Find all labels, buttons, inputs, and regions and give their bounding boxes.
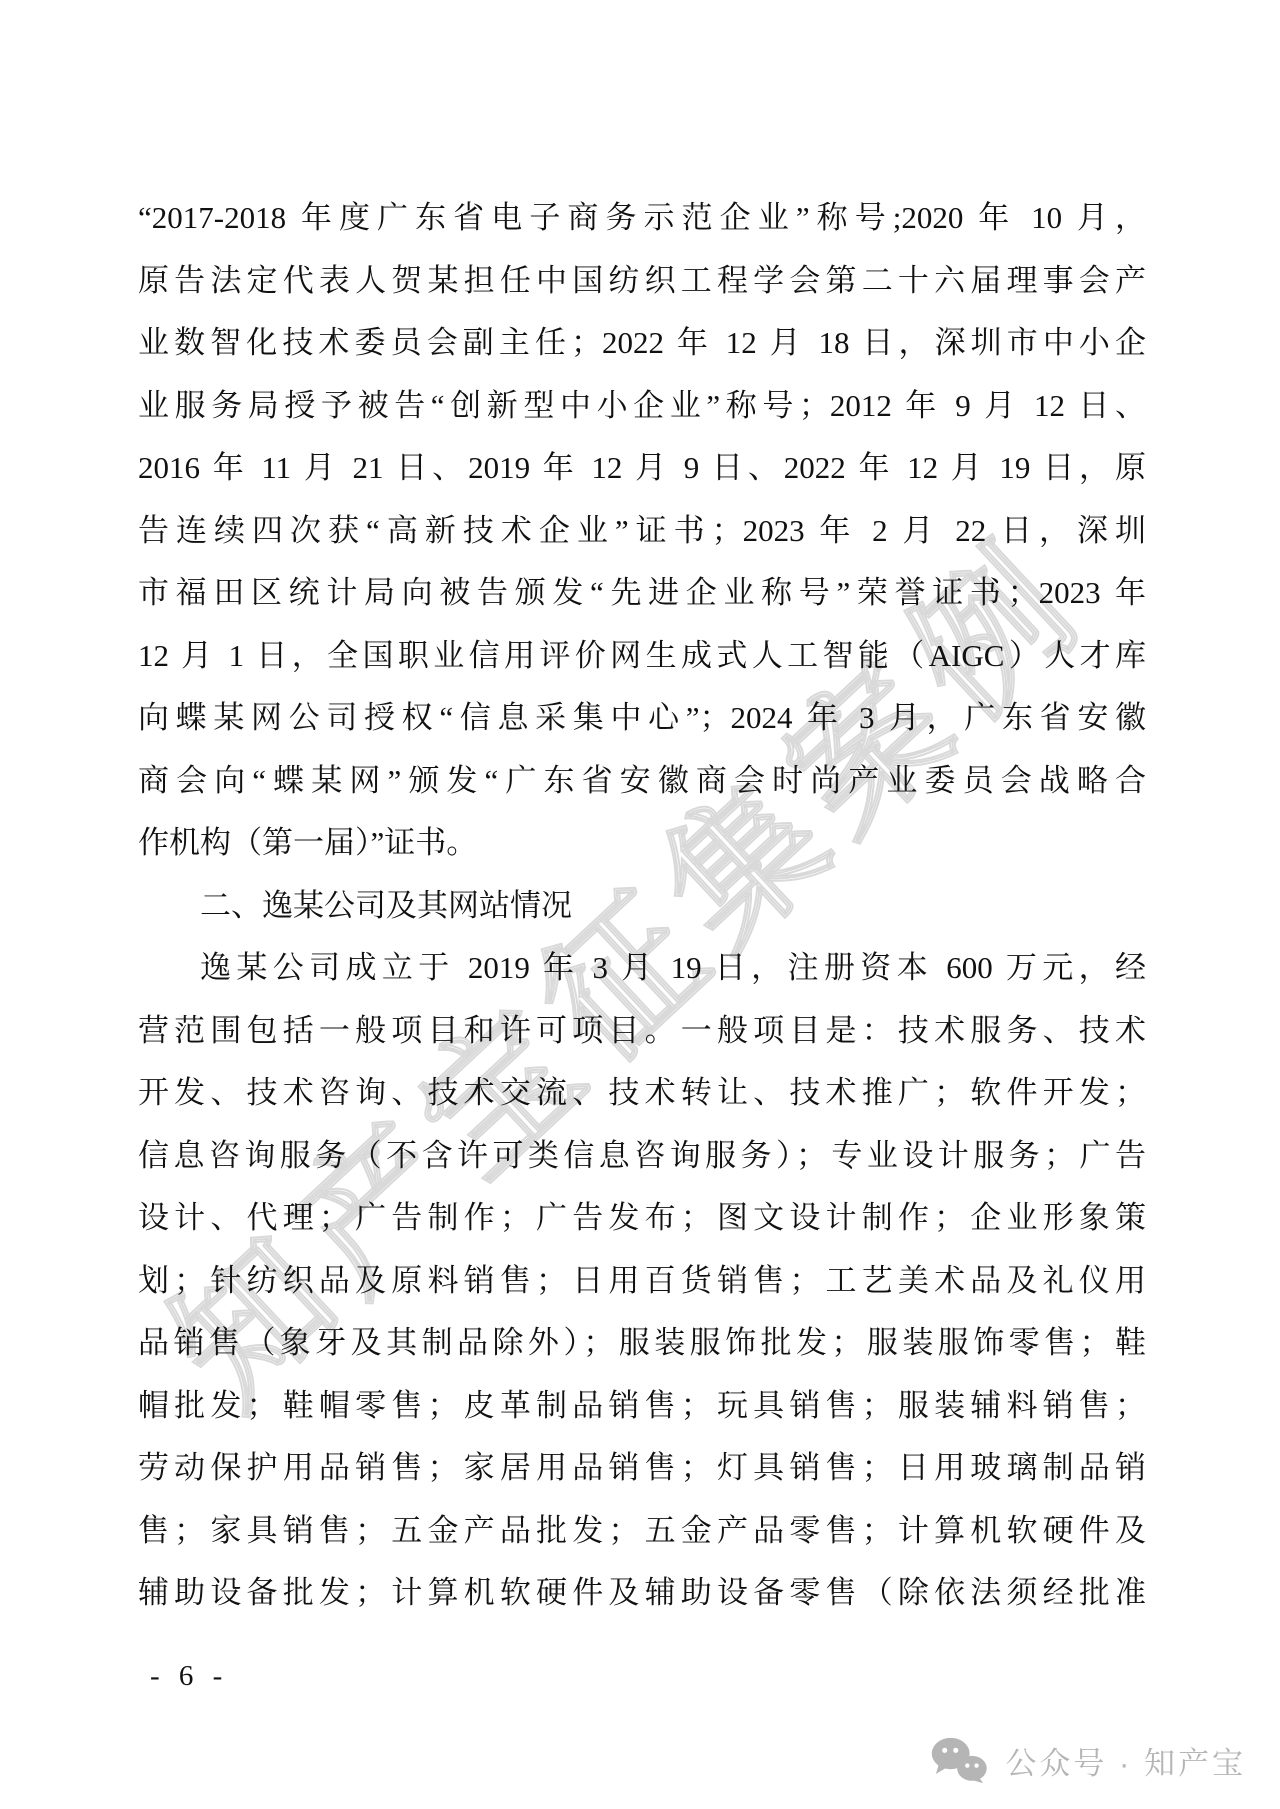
- text-line: 辅助设备批发；计算机软硬件及辅助设备零售（除依法须经批准: [138, 1562, 1146, 1625]
- document-page: 知产宝征集案例 “2017-2018 年度广东省电子商务示范企业”称号;2020…: [0, 0, 1280, 1809]
- text-line: 向蝶某网公司授权“信息采集中心”；2024 年 3 月，广东省安徽: [138, 687, 1146, 750]
- text-line: 二、逸某公司及其网站情况: [138, 875, 1146, 938]
- text-line: 商会向“蝶某网”颁发“广东省安徽商会时尚产业委员会战略合: [138, 750, 1146, 813]
- body-text-block: “2017-2018 年度广东省电子商务示范企业”称号;2020 年 10 月，…: [138, 187, 1146, 1625]
- text-line: 2016 年 11 月 21 日、2019 年 12 月 9 日、2022 年 …: [138, 437, 1146, 500]
- text-line: 原告法定代表人贺某担任中国纺织工程学会第二十六届理事会产: [138, 250, 1146, 313]
- text-line: 售；家具销售；五金产品批发；五金产品零售；计算机软硬件及: [138, 1500, 1146, 1563]
- text-line: 逸某公司成立于 2019 年 3 月 19 日，注册资本 600 万元，经: [138, 937, 1146, 1000]
- text-line: 作机构（第一届）”证书。: [138, 812, 1146, 875]
- text-line: 市福田区统计局向被告颁发“先进企业称号”荣誉证书；2023 年: [138, 562, 1146, 625]
- page-number: - 6 -: [150, 1660, 228, 1693]
- text-line: 告连续四次获“高新技术企业”证书；2023 年 2 月 22 日，深圳: [138, 500, 1146, 563]
- text-line: 12 月 1 日，全国职业信用评价网生成式人工智能（AIGC）人才库: [138, 625, 1146, 688]
- text-line: 信息咨询服务（不含许可类信息咨询服务）；专业设计服务；广告: [138, 1125, 1146, 1188]
- footer-brand: 公众号 · 知产宝: [927, 1736, 1246, 1784]
- text-line: 业数智化技术委员会副主任；2022 年 12 月 18 日，深圳市中小企: [138, 312, 1146, 375]
- text-line: 划；针纺织品及原料销售；日用百货销售；工艺美术品及礼仪用: [138, 1250, 1146, 1313]
- text-line: 设计、代理；广告制作；广告发布；图文设计制作；企业形象策: [138, 1187, 1146, 1250]
- text-line: 业服务局授予被告“创新型中小企业”称号；2012 年 9 月 12 日、: [138, 375, 1146, 438]
- text-line: 劳动保护用品销售；家居用品销售；灯具销售；日用玻璃制品销: [138, 1437, 1146, 1500]
- footer-brand-label: 公众号 · 知产宝: [1005, 1738, 1246, 1783]
- text-line: 开发、技术咨询、技术交流、技术转让、技术推广；软件开发；: [138, 1062, 1146, 1125]
- text-line: 品销售（象牙及其制品除外）；服装服饰批发；服装服饰零售；鞋: [138, 1312, 1146, 1375]
- text-line: 帽批发；鞋帽零售；皮革制品销售；玩具销售；服装辅料销售；: [138, 1375, 1146, 1438]
- text-line: 营范围包括一般项目和许可项目。一般项目是：技术服务、技术: [138, 1000, 1146, 1063]
- text-line: “2017-2018 年度广东省电子商务示范企业”称号;2020 年 10 月，: [138, 187, 1146, 250]
- wechat-icon: [927, 1736, 991, 1784]
